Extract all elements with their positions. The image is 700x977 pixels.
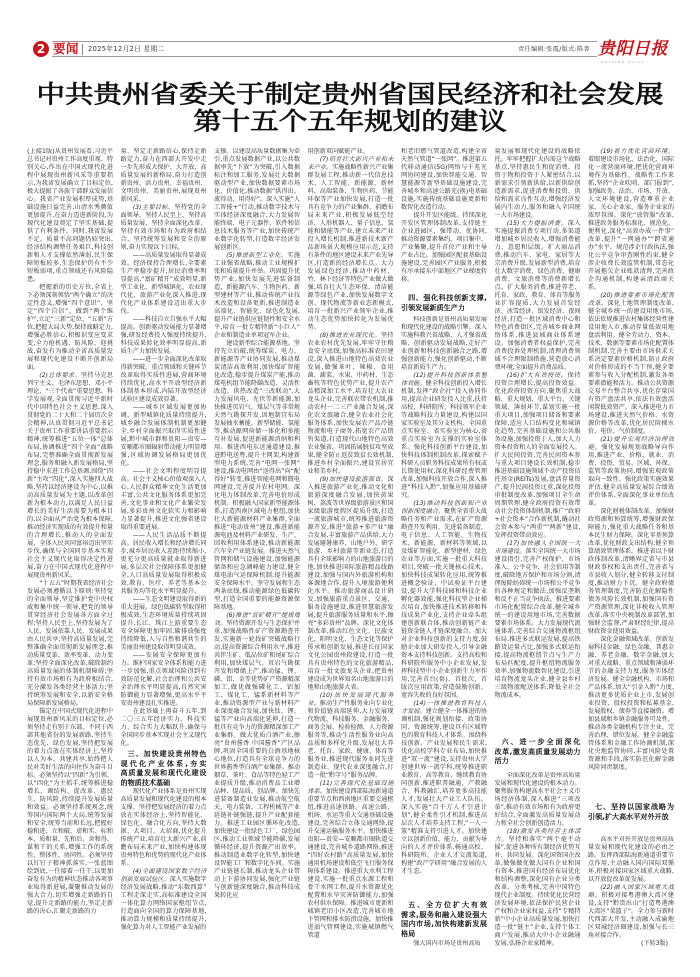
section-heading-line: 六、进一步全面深化 [495, 737, 581, 747]
section-heading-line: 三、加快建设贵州特色 [121, 749, 207, 759]
paragraph-text: 坚持农业农村优先发展,牢牢守住粮食安全底线,加强高标准农田建设,深入推进山地特色… [308, 332, 394, 475]
paragraph: 科技创新是贵州高质量发展和现代化建设的战略引擎。深入实施科教兴省战略、人才强省战… [401, 316, 487, 372]
paragraph: 高水平对外开放是贵州高质量发展和现代化建设的必由之路。发挥西部陆海新通道重要节点… [588, 836, 674, 884]
paragraph-text: ——生态文明建设取得新的重大进展。绿色低碳转型取得积极成效,生态环境质量持续巩固… [121, 596, 207, 651]
paragraph: 用创新双向赋能产业。 [308, 148, 394, 156]
paragraph-text: 建设新型综合能源基地。坚持先立后破,统筹煤炭、电力、新能源等产业协同发展,推动煤… [214, 340, 300, 611]
paragraph: (3)主要目标。坚持党的全面领导、坚持人民至上、坚持高质量发展、坚持全面深化改革… [121, 204, 207, 252]
section-label: 要闻 [53, 42, 79, 56]
paragraph-text: 强大国内市场是贵州高质 [413, 940, 480, 947]
paragraph: 全面深化改革是贵州高质量发展和现代化建设的根本动力。聚焦服务构建高水平社会主义市… [495, 772, 581, 828]
paragraph-text: (上接1版)从贵州发展看,习近平总书记对贵州工作高度重视、特别关心,作出在中国式… [27, 148, 113, 283]
paragraph: (19)着力优化营商环境。着眼建设市场化、法治化、国际化一流营商环境,把优化营商… [588, 148, 674, 292]
paragraph: 量、坚定走新路信心,保持走新路定力,奋力在西部大开发中走一步先形成大保护、大开放… [121, 148, 207, 204]
item-lead: (16)扩大有效投资。 [507, 372, 568, 379]
paragraph: (12)提升科技创新体系整体效能。健全科技创新投入增长机制,发挥“政企社”投入协… [401, 372, 487, 500]
paragraph: (13)推动科技创新和产业创新深度融合。聚焦全省重大战略任务和产业需求,在矿产资… [401, 500, 487, 700]
section-heading-line: 引领发展新质生产力 [401, 303, 487, 313]
section-heading-line: 改革,激发高质量发展动力 [495, 747, 581, 757]
header-rule-top [52, 41, 597, 42]
paragraph: “十五五”时期我省经济社会发展必须遵循以下原则:坚持党的全面领导,坚定维护党中央… [27, 580, 113, 708]
paragraph-text: 深入实施数字经济发展战略,推动“东数西算”工程走深走实,高标准建设全国一体化算力… [121, 876, 207, 931]
header-rule-bottom [52, 56, 597, 57]
section-heading-line: 需求,服务和融入建设强大 [401, 910, 487, 920]
text-block: 全面深化改革是贵州高质量发展和现代化建设的根本动力。聚焦服务构建高水平社会主义市… [495, 772, 581, 948]
section-heading: 六、进一步全面深化 改革,激发高质量发展动力 活力 [495, 732, 581, 772]
section-heading-line: 国内市场,加快构建新发展 [401, 919, 487, 929]
paragraph-text: ——社会文明程度明显提高。社会主义核心价值观深入人心,人民群众精神文化生活更加丰… [121, 468, 207, 531]
section-heading-line: 现代化产业体系,夯实 [121, 759, 207, 769]
paragraph: 强大国内市场是贵州高质 [401, 940, 487, 948]
section-heading: 七、坚持以国家战略为 引领,扩大高水平对外开放 [588, 788, 674, 836]
paragraph-text: 全面深化改革是贵州高质量发展和现代化建设的根本动力。聚焦服务构建高水平社会主义市… [495, 772, 581, 827]
item-lead: (5)推进新型工业化。 [226, 252, 287, 259]
paragraph-text: 现代化产业体系是贵州实现高质量发展和现代化建设的根本支撑。坚持把发展经济的着力点… [121, 788, 207, 867]
paragraph: 在此基础上再奋斗五年,到二〇三五年经济实力、科技实力、综合实力大幅跃升,确保与全… [121, 708, 207, 748]
paragraph-text: 落实全国统一大市场建设指引,完善产权保护、市场准入、公平竞争、社会信用等制度,破… [495, 548, 581, 699]
paragraph: (17)加快融入全国统一大市场建设。落实全国统一大市场建设指引,完善产权保护、市… [495, 540, 581, 700]
section-heading-line: 四、强化科技创新支撑, [401, 293, 487, 303]
paragraph-text: 积极对接粤港澳大湾区建设,支持“黔货出山”打造粤港澳大湾区“菜篮子”。全力参与新… [588, 892, 674, 939]
text-column-3: 支撑。以建设高质量数据集为牵引,重点发展数据产业,以公共数据率先“下放”为突破,… [214, 148, 300, 948]
paragraph: 深化金融领域改革。创新发展科技金融、绿色金融、普惠金融、养老金融、数字金融,加大… [588, 636, 674, 772]
paragraph-text: 支撑。以建设高质量数据集为牵引,重点发展数据产业,以公共数据率先“下放”为突破,… [214, 148, 300, 251]
continuation-note: (下转3版) [588, 940, 674, 948]
text-block: 高水平对外开放是贵州高质量发展和现代化建设的必由之路。发挥西部陆海新通道重要节点… [588, 836, 674, 940]
text-column-5: 和老旧燃气管道改造,构建全省天然气管道“一张网”。推进第五代移动通信(5G)网络… [401, 148, 487, 948]
paragraph: (16)扩大有效投资。保持投资合理增长,提高投资效益。优化政府投资方向,聚焦重大… [495, 372, 581, 540]
section-heading-line: 七、坚持以国家战略为 [588, 802, 674, 812]
issue-date: 2025年12月2日 星期二 [88, 44, 165, 55]
paragraph: ——高质量发展取得显著成效。经济保持合理增长,全要素生产率稳步提升,居民消费率明… [121, 252, 207, 316]
paragraph-text: 在此基础上再奋斗五年,到二〇三五年经济实力、科技实力、综合实力大幅跃升,确保与全… [121, 708, 207, 747]
text-block: 科技创新是贵州高质量发展和现代化建设的战略引擎。深入实施科教兴省战略、人才强省战… [401, 316, 487, 892]
paragraph-text: 加快建设西部陆海新通道重要节点和西南地区重要交通枢纽,推进高速铁路、高速公路、机… [308, 788, 394, 939]
paragraph-text: 建立健全一体推进的协调机制,强化规划衔接、政策协同、资源统筹,建设具有区域特色的… [401, 708, 487, 875]
paragraph-text: 坚持资源开发与生态保护并重,加强战略性矿产资源勘查开发,实施新一轮找矿突破战略行… [214, 620, 300, 899]
paragraph-text: 聚焦全省重大战略任务和产业需求,在矿产资源勘查开发利用、先进装备制造、电子信息、… [401, 508, 487, 699]
section-heading-line: 格局 [401, 929, 487, 939]
paragraph: (5)推进新型工业化。实施工业强省战略,推动工业规模扩张和质量提升并举。巩固提升… [214, 252, 300, 340]
headline-line-2: 第十五个五年规划的建议 [0, 111, 700, 133]
section-heading-line: 活力 [495, 756, 581, 766]
paragraph-text: 深化财税体制改革。加强财政资源和预算统筹,增强财政保障能力,强化重大战略任务和基… [588, 508, 674, 635]
text-block: 用创新双向赋能产业。 (7)培育壮大新兴产业和未来产业。实施战略性新兴产业集群发… [308, 148, 394, 948]
paragraph-text: 量发展和现代化建设的战略依托。牢牢把握扩大内需这个战略基点,坚持惠民生和促消费、… [495, 148, 581, 219]
paragraph-text: 坚持党的全面领导、坚持人民至上、坚持高质量发展、坚持全面深化改革、坚持有效市场和… [121, 204, 207, 251]
paragraph-text: 用创新双向赋能产业。 [308, 148, 369, 155]
paragraph: 深化财税体制改革。加强财政资源和预算统筹,增强财政保障能力,强化重大战略任务和基… [588, 508, 674, 636]
item-lead: (15)大力提振消费。 [507, 220, 568, 227]
paragraph: (4)全面建设国家数字经济创新发展试验区。深入实施数字经济发展战略,推动“东数西… [121, 868, 207, 932]
paragraph-text: 提升开发区能级。持续深化开发区管理体制改革,支持链主企业进园区、强带动、优协同,… [401, 212, 487, 283]
text-column-4: 用创新双向赋能产业。 (7)培育壮大新兴产业和未来产业。实施战略性新兴产业集群发… [308, 148, 394, 948]
headline-line-1: 中共贵州省委关于制定贵州省国民经济和社会发展 [0, 84, 700, 106]
paragraph: 把握新的历史方位,全省上下必须深刻领悟“两个确立”的决定性意义,增强“四个意识”… [27, 284, 113, 372]
item-lead: (9)加快建设旅游强省。 [320, 476, 388, 483]
paragraph: ——社会文明程度明显提高。社会主义核心价值观深入人心,人民群众精神文化生活更加丰… [121, 468, 207, 532]
paragraph-text: ——进一步全面深化改革取得新突破。重点领域和关键环节改革取得实质性进展,营商环境… [121, 356, 207, 403]
paragraph: (15)大力提振消费。深入实施提振消费专项行动,多渠道增加城乡居民收入,增强消费… [495, 220, 581, 372]
paragraph-text: ——发展安全保障更加有力。维护国家安全体系和能力进一步加强,重点领域风险得到有效… [121, 652, 207, 707]
section-heading-line: 的物质技术基础 [121, 778, 207, 788]
paragraph-text: 着眼建设市场化、法治化、国际化一流营商环境,把优化营商环境作为基础性、战略性工作… [588, 156, 674, 291]
section-heading: 四、强化科技创新支撑, 引领发展新质生产力 [401, 284, 487, 316]
paragraph: (8)推进农业现代化。坚持农业农村优先发展,牢牢守住粮食安全底线,加强高标准农田… [308, 332, 394, 476]
paragraph: (9)加快建设旅游强省。深入推进旅游产业化,推动文化和旅游深度融合发展,加快黄果… [308, 476, 394, 692]
text-block: (上接1版)从贵州发展看,习近平总书记对贵州工作高度重视、特别关心,作出在中国式… [27, 148, 113, 948]
page-number-badge: 2 [33, 41, 49, 57]
paragraph: ——人民生活品质不断提高。居民收入增长和经济增长同步,城乡居民收入差距持续缩小,… [121, 532, 207, 596]
paragraph: (21)提升宏观经济治理效能。强化发展规划战略导向作用,推进产业、价格、就业、消… [588, 436, 674, 508]
item-lead: (2)总体要求。 [39, 372, 81, 379]
header-divider [82, 44, 83, 55]
text-block: 和老旧燃气管道改造,构建全省天然气管道“一张网”。推进第五代移动通信(5G)网络… [401, 148, 487, 284]
masthead-logo-subtitle: GUIYANG DAILY [601, 60, 645, 64]
paragraph: (22)融入国家区域重大战略。积极对接粤港澳大湾区建设,支持“黔货出山”打造粤港… [588, 884, 674, 940]
text-column-1: (上接1版)从贵州发展看,习近平总书记对贵州工作高度重视、特别关心,作出在中国式… [27, 148, 113, 948]
paragraph-text: 和老旧燃气管道改造,构建全省天然气管道“一张网”。推进第五代移动通信(5G)网络… [401, 148, 487, 211]
text-column-7: (19)着力优化营商环境。着眼建设市场化、法治化、国际化一流营商环境,把优化营商… [588, 148, 674, 948]
paragraph: (7)培育壮大新兴产业和未来产业。实施战略性新兴产业集群发展工程,推动新一代信息… [308, 156, 394, 332]
paragraph: ——城乡区域发展更加协调。新型城镇化质量持续提升,城乡融合发展体制机制更加健全,… [121, 404, 207, 468]
paragraph: (6)推进“富矿精开”提质增效。坚持资源开发与生态保护并重,加强战略性矿产资源勘… [214, 612, 300, 900]
section-heading-line: 引领,扩大高水平对外开放 [588, 812, 674, 822]
paragraph: 量发展和现代化建设的战略依托。牢牢把握扩大内需这个战略基点,坚持惠民生和促消费、… [495, 148, 581, 220]
paragraph: ——生态文明建设取得新的重大进展。绿色低碳转型取得积极成效,生态环境质量持续巩固… [121, 596, 207, 652]
paragraph-text: 深入实施提振消费专项行动,多渠道增加城乡居民收入,增强消费能力、意愿和层级。扩大… [495, 220, 581, 371]
paragraph-text: ——科技自立自强水平大幅提高。创新驱动发展能力显著增强,研发经费投入强度持续提升… [121, 316, 207, 355]
section-heading-line: 高质量发展和现代化建设 [121, 768, 207, 778]
item-lead: (8)推进农业现代化。 [320, 332, 381, 339]
editor-credits: 责任编辑:张震/版式:陈菁 [518, 44, 590, 55]
paragraph-text: 强化发展规划战略导向作用,推进产业、价格、就业、消费、投资、贸易、区域、环保、监… [588, 444, 674, 507]
text-column-2: 量、坚定走新路信心,保持走新路定力,奋力在西部大开发中走一步先形成大保护、大开放… [121, 148, 207, 948]
paragraph-text: 把握新的历史方位,全省上下必须深刻领悟“两个确立”的决定性意义,增强“四个意识”… [27, 284, 113, 371]
paragraph-text: 深化土地管理制度改革,健全城乡统一的建设用地市场,依法依规推进农村集体经营性建设… [588, 300, 674, 435]
masthead-logo: 贵阳日报 [598, 40, 668, 59]
paragraph: 提升开发区能级。持续深化开发区管理体制改革,支持链主企业进园区、强带动、优协同,… [401, 212, 487, 284]
paragraph: 锚定在中国式现代化进程中展现贵州新风采的目标定位,必须坚持走有别于东部、不同于西… [27, 708, 113, 916]
paragraph-text: 健全科技创新投入增长机制,发挥“政企社”投入协同作用,提高企业研发投入比重,扶持… [401, 380, 487, 499]
paragraph: (2)总体要求。坚持马克思列宁主义、毛泽东思想、邓小平理论、“三个代表”重要思想… [27, 372, 113, 580]
paragraph: 和老旧燃气管道改造,构建全省天然气管道“一张网”。推进第五代移动通信(5G)网络… [401, 148, 487, 212]
text-column-6: 量发展和现代化建设的战略依托。牢牢把握扩大内需这个战略基点,坚持惠民生和促消费、… [495, 148, 581, 948]
paragraph: ——发展安全保障更加有力。维护国家安全体系和能力进一步加强,重点领域风险得到有效… [121, 652, 207, 708]
paragraph-text: 推动生产性服务业向专业化和价值链高端延伸,大力发展现代物流、科技服务、金融服务、… [308, 700, 394, 779]
item-lead: (3)主要目标。 [133, 204, 175, 211]
paragraph: (11)完善现代化基础设施体系。加快建设西部陆海新通道重要节点和西南地区重要交通… [308, 780, 394, 940]
paragraph: (14)一体推进教育科技人才发展。建立健全一体推进的协调机制,强化规划衔接、政策… [401, 700, 487, 876]
paragraph: ——进一步全面深化改革取得新突破。重点领域和关键环节改革取得实质性进展,营商环境… [121, 356, 207, 404]
text-block: 现代化产业体系是贵州实现高质量发展和现代化建设的根本支撑。坚持把发展经济的着力点… [121, 788, 207, 948]
paragraph-text: ——人民生活品质不断提高。居民收入增长和经济增长同步,城乡居民收入差距持续缩小,… [121, 532, 207, 595]
paragraph-text: 坚持和落实“两个毫不动摇”,促进各种所有制经济优势互补、共同发展。深化国资国企改… [495, 836, 581, 947]
paragraph-text: 深化金融领域改革。创新发展科技金融、绿色金融、普惠金融、养老金融、数字金融,加大… [588, 636, 674, 771]
paragraph-text: 锚定在中国式现代化进程中展现贵州新风采的目标定位,必须坚持走有别于东部、不同于西… [27, 708, 113, 915]
paragraph-text: ——高质量发展取得显著成效。经济保持合理增长,全要素生产率稳步提升,居民消费率明… [121, 252, 207, 315]
text-block: 支撑。以建设高质量数据集为牵引,重点发展数据产业,以公共数据率先“下放”为突破,… [214, 148, 300, 948]
text-block: (19)着力优化营商环境。着眼建设市场化、法治化、国际化一流营商环境,把优化营商… [588, 148, 674, 788]
paragraph-text: 坚持马克思列宁主义、毛泽东思想、邓小平理论、“三个代表”重要思想、科学发展观,全… [27, 372, 113, 579]
paragraph-text: ——城乡区域发展更加协调。新型城镇化质量持续提升,城乡融合发展体制机制更加健全,… [121, 404, 207, 467]
paragraph: ——科技自立自强水平大幅提高。创新驱动发展能力显著增强,研发经费投入强度持续提升… [121, 316, 207, 356]
paragraph-text: 科技创新是贵州高质量发展和现代化建设的战略引擎。深入实施科教兴省战略、人才强省战… [401, 316, 487, 371]
text-block: 量、坚定走新路信心,保持走新路定力,奋力在西部大开发中走一步先形成大保护、大开放… [121, 148, 207, 748]
text-block: 强大国内市场是贵州高质 [401, 940, 487, 948]
paragraph: (10)加快发展现代服务业。推动生产性服务业向专业化和价值链高端延伸,大力发展现… [308, 692, 394, 780]
paragraph: (18)激发各类经营主体活力。坚持和落实“两个毫不动摇”,促进各种所有制经济优势… [495, 828, 581, 948]
section-heading-line: 五、全方位扩大有效 [401, 900, 487, 910]
section-heading: 三、加快建设贵州特色 现代化产业体系,夯实 高质量发展和现代化建设 的物质技术基… [121, 748, 207, 788]
paragraph: 建设新型综合能源基地。坚持先立后破,统筹煤炭、电力、新能源等产业协同发展,推动煤… [214, 340, 300, 612]
paragraph-text: “十五五”时期我省经济社会发展必须遵循以下原则:坚持党的全面领导,坚定维护党中央… [27, 580, 113, 707]
paragraph-text: 量、坚定走新路信心,保持走新路定力,奋力在西部大开发中走一步先形成大保护、大开放… [121, 148, 207, 203]
paragraph-text: 保持投资合理增长,提高投资效益。优化政府投资方向,聚焦重大战略、重大规划、重大平… [495, 372, 581, 539]
item-lead: (19)着力优化营商环境。 [600, 148, 674, 155]
paragraph-text: 实施工业强省战略,推动工业规模扩张和质量提升并举。巩固提升优势产业,加快发展先进… [214, 252, 300, 339]
paragraph: 支撑。以建设高质量数据集为牵引,重点发展数据产业,以公共数据率先“下放”为突破,… [214, 148, 300, 252]
paragraph: 现代化产业体系是贵州实现高质量发展和现代化建设的根本支撑。坚持把发展经济的着力点… [121, 788, 207, 868]
paragraph-text: 实施战略性新兴产业集群发展工程,推动新一代信息技术、人工智能、新能源、新材料、高… [308, 164, 394, 331]
paragraph: (20)推进要素市场化配置改革。深化土地管理制度改革,健全城乡统一的建设用地市场… [588, 292, 674, 436]
paragraph: (上接1版)从贵州发展看,习近平总书记对贵州工作高度重视、特别关心,作出在中国式… [27, 148, 113, 284]
section-heading: 五、全方位扩大有效 需求,服务和融入建设强大 国内市场,加快构建新发展 格局 [401, 892, 487, 940]
text-block: 量发展和现代化建设的战略依托。牢牢把握扩大内需这个战略基点,坚持惠民生和促消费、… [495, 148, 581, 732]
paragraph-text: 高水平对外开放是贵州高质量发展和现代化建设的必由之路。发挥西部陆海新通道重要节点… [588, 836, 674, 883]
paragraph-text: 深入推进旅游产业化,推动文化和旅游深度融合发展,加快黄果树、荔波等世界级旅游景区… [308, 476, 394, 691]
